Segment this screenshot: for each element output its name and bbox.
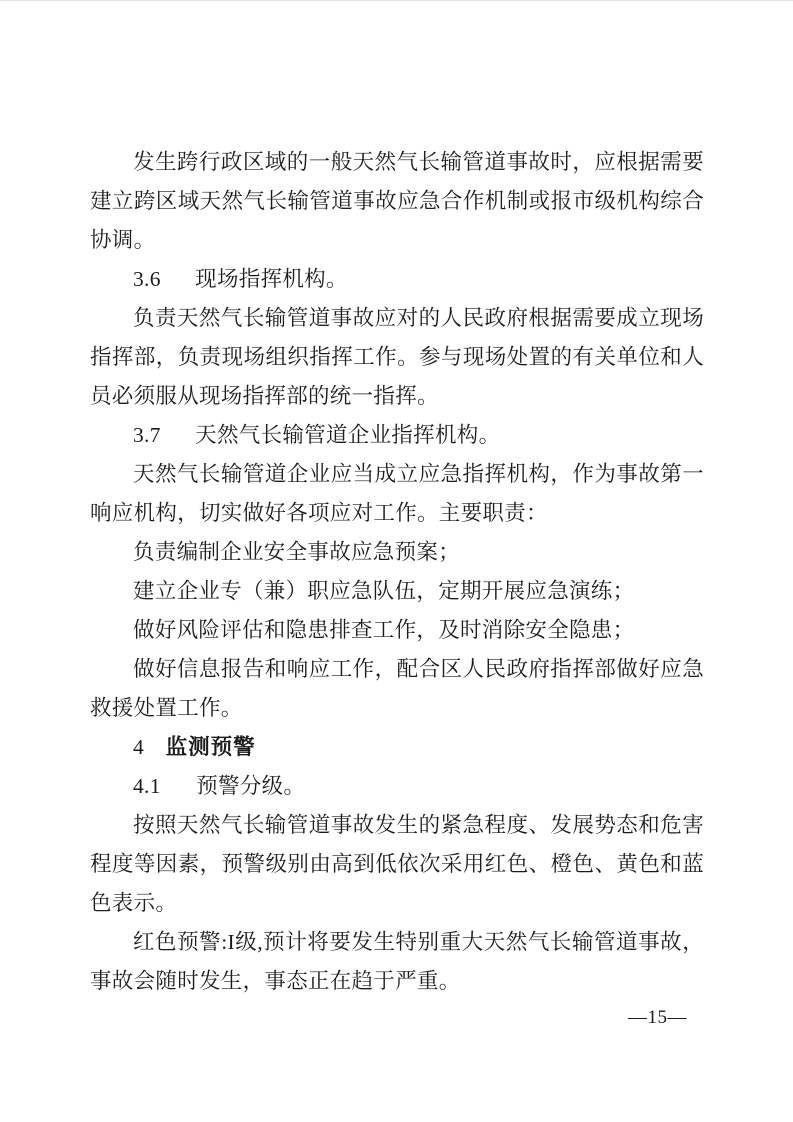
paragraph: 负责编制企业安全事故应急预案； <box>90 533 704 572</box>
section-heading-3-6: 3.6现场指挥机构。 <box>90 260 704 299</box>
section-heading-3-7: 3.7天然气长输管道企业指挥机构。 <box>90 416 704 455</box>
section-title: 现场指挥机构。 <box>195 267 348 291</box>
chapter-heading-4: 4监测预警 <box>90 728 704 767</box>
paragraph: 做好信息报告和响应工作，配合区人民政府指挥部做好应急救援处置工作。 <box>90 650 704 728</box>
paragraph: 建立企业专（兼）职应急队伍，定期开展应急演练； <box>90 572 704 611</box>
sub-heading-4-1: 4.1预警分级。 <box>90 767 704 806</box>
sub-heading-number: 4.1 <box>133 774 161 798</box>
paragraph: 红色预警:I级,预计将要发生特别重大天然气长输管道事故，事故会随时发生，事态正在… <box>90 923 704 1001</box>
document-page: 发生跨行政区域的一般天然气长输管道事故时，应根据需要建立跨区域天然气长输管道事故… <box>0 0 793 1122</box>
paragraph: 做好风险评估和隐患排查工作，及时消除安全隐患； <box>90 611 704 650</box>
paragraph: 按照天然气长输管道事故发生的紧急程度、发展势态和危害程度等因素，预警级别由高到低… <box>90 806 704 923</box>
paragraph: 天然气长输管道企业应当成立应急指挥机构，作为事故第一响应机构，切实做好各项应对工… <box>90 455 704 533</box>
chapter-number: 4 <box>133 735 144 759</box>
document-body: 发生跨行政区域的一般天然气长输管道事故时，应根据需要建立跨区域天然气长输管道事故… <box>90 143 704 1001</box>
paragraph: 负责天然气长输管道事故应对的人民政府根据需要成立现场指挥部，负责现场组织指挥工作… <box>90 299 704 416</box>
section-number: 3.6 <box>133 267 161 291</box>
paragraph: 发生跨行政区域的一般天然气长输管道事故时，应根据需要建立跨区域天然气长输管道事故… <box>90 143 704 260</box>
section-number: 3.7 <box>133 423 161 447</box>
page-number: —15— <box>628 1007 687 1029</box>
sub-heading-title: 预警分级。 <box>196 774 305 798</box>
section-title: 天然气长输管道企业指挥机构。 <box>195 423 500 447</box>
chapter-title: 监测预警 <box>166 735 256 759</box>
